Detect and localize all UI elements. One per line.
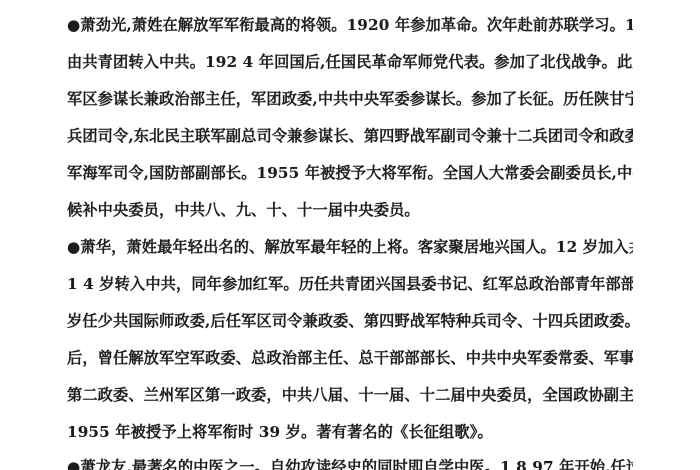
text-line: 由共青团转入中共。192 4 年回国后,任国民革命军师党代表。参加了北伐战争。此… [67,51,633,73]
text-line: 1 4 岁转入中共，同年参加红军。历任共青团兴国县委书记、红军总政治部青年部部长… [67,273,633,295]
text-line: ●萧龙友,最著名的中医之一。自幼攻读经史的同时即自学中医。1 8 97 年开始,… [67,456,633,470]
text-line: ●萧劲光,萧姓在解放军军衔最高的将领。1920 年参加革命。次年赴前苏联学习。1… [67,14,633,36]
text-line: 第二政委、兰州军区第一政委，中共八届、十一届、十二届中央委员，全国政协副主席。 [67,384,633,406]
text-line: 后，曾任解放军空军政委、总政治部主任、总干部部部长、中共中央军委常委、军事科学院 [67,347,633,369]
text-line: 军海军司令,国防部副部长。1955 年被授予大将军衔。全国人大常委会副委员长,中… [67,162,633,184]
text-line: 岁任少共国际师政委,后任军区司令兼政委、第四野战军特种兵司令、十四兵团政委。解放 [67,310,633,332]
text-line: ●萧华，萧姓最年轻出名的、解放军最年轻的上将。客家聚居地兴国人。12 岁加入共青… [67,236,633,258]
document-page: ●萧劲光,萧姓在解放军军衔最高的将领。1920 年参加革命。次年赴前苏联学习。1… [0,0,700,470]
text-line: 兵团司令,东北民主联军副总司令兼参谋长、第四野战军副司令兼十二兵团司令和政委,解… [67,125,633,147]
text-line: 候补中央委员，中共八、九、十、十一届中央委员。 [67,199,633,221]
text-line: 军区参谋长兼政治部主任，军团政委,中共中央军委参谋长。参加了长征。历任陕甘宁留守 [67,88,633,110]
text-line: 1955 年被授予上将军衔时 39 岁。著有著名的《长征组歌》。 [67,421,633,443]
